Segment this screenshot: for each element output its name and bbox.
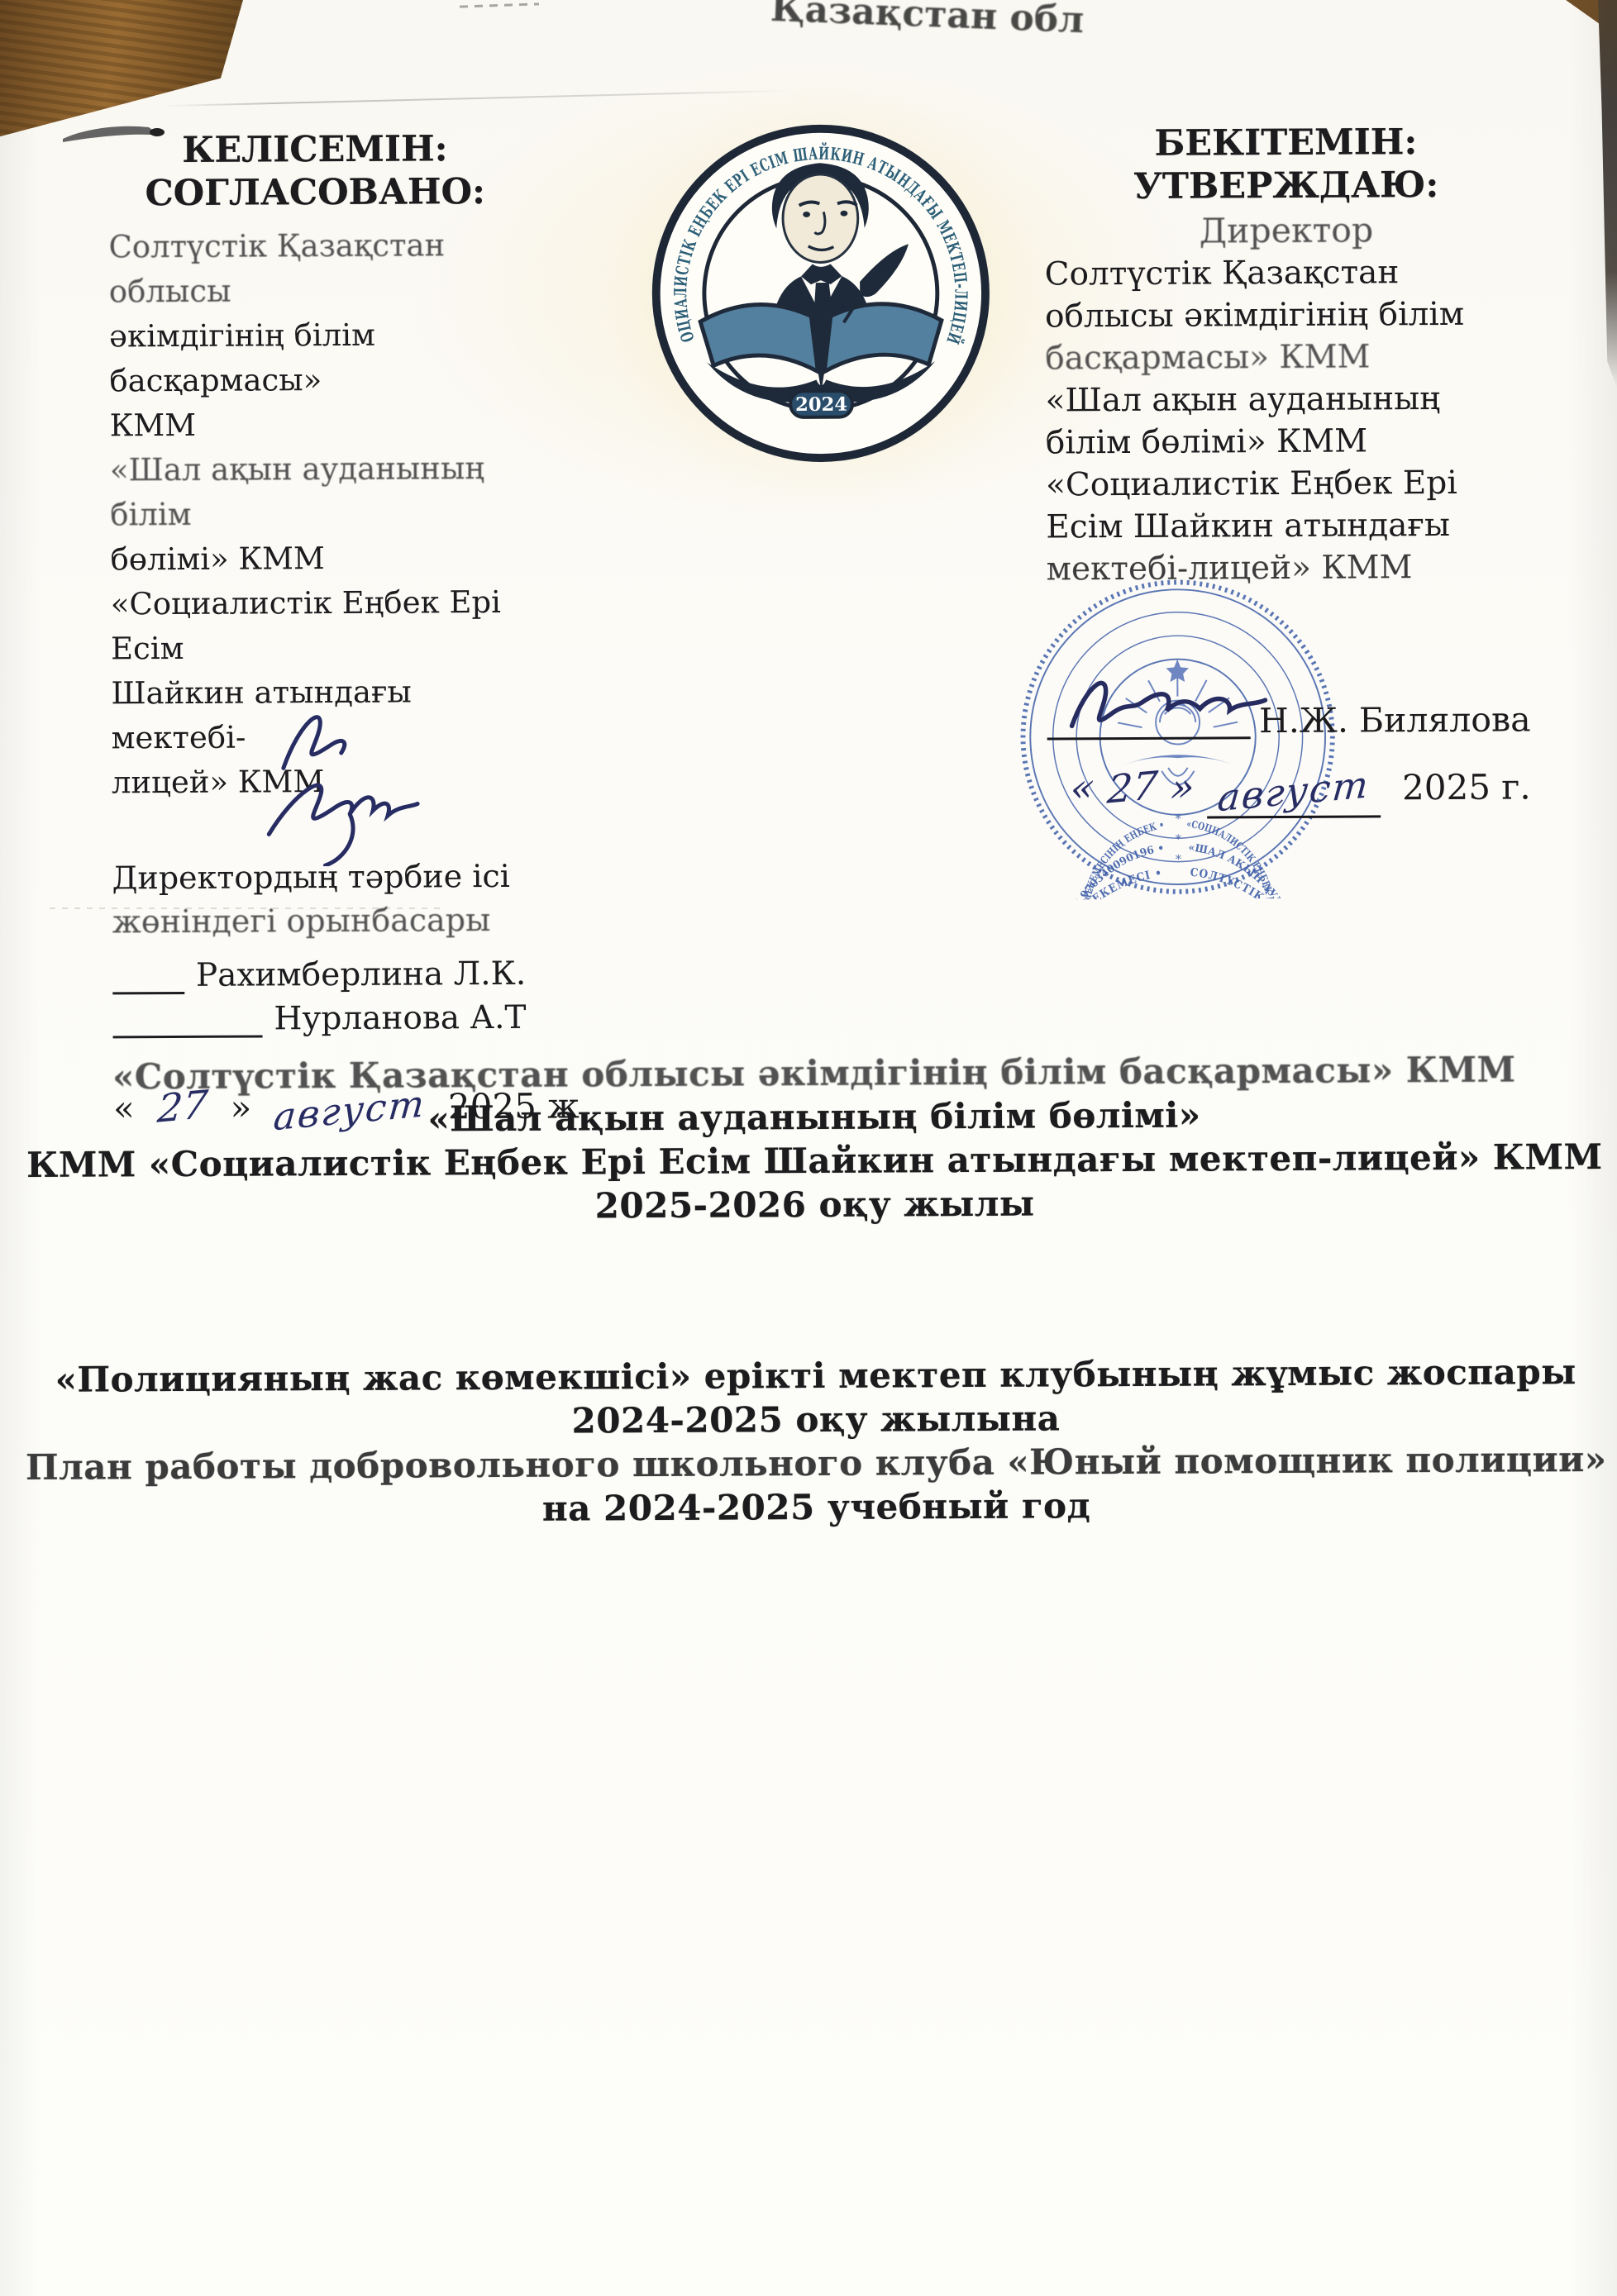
approval-heading-kk: БЕКІТЕМІН: xyxy=(1044,120,1528,165)
signature-line xyxy=(1047,700,1251,740)
title-line: «Полицияның жас көмекшісі» ерікті мектеп… xyxy=(7,1350,1617,1402)
org-line: КММ xyxy=(110,402,523,449)
logo-year: 2024 xyxy=(795,394,847,416)
org-line: басқармасы» КММ xyxy=(1045,335,1529,379)
handwritten-signature-left xyxy=(251,696,455,866)
title-line: КММ «Социалистік Еңбек Ері Есім Шайкин а… xyxy=(6,1135,1617,1187)
month-underline: август xyxy=(1207,765,1381,818)
signer-name: Рахимберлина Л.К. xyxy=(196,956,527,994)
org-line: білім бөлімі» КММ xyxy=(1046,419,1529,464)
org-line: Солтүстік Қазақстан облысы xyxy=(108,223,522,315)
org-line: Есім Шайкин атындағы xyxy=(1046,503,1529,548)
signer-position-left: Директордың тәрбие ісі жөніндегі орынбас… xyxy=(112,855,526,945)
svg-text:*: * xyxy=(1176,853,1182,867)
signature-row: Н.Ж. Билялова xyxy=(1047,698,1530,740)
org-line: облысы әкімдігінің білім xyxy=(1045,293,1529,337)
title-line: «Солтүстік Қазақстан облысы әкімдігінің … xyxy=(6,1047,1617,1099)
approval-block-right: БЕКІТЕМІН: УТВЕРЖДАЮ: Директор Солтүстік… xyxy=(1044,120,1532,957)
handwritten-quote-open: « xyxy=(1069,765,1097,812)
approval-heading-ru: УТВЕРЖДАЮ: xyxy=(1044,163,1528,208)
document-main-title: «Полицияның жас көмекшісі» ерікті мектеп… xyxy=(7,1350,1617,1533)
scanned-document-page: Қазақстан обл КЕЛІСЕМІН: СОГЛАСОВАНО: Со… xyxy=(0,0,1617,2296)
handwritten-quote-close: » xyxy=(1168,764,1196,811)
handwritten-month: август xyxy=(1216,763,1371,821)
title-line: План работы добровольного школьного клуб… xyxy=(7,1437,1617,1489)
organization-name-right: Солтүстік Қазақстан облысы әкімдігінің б… xyxy=(1045,250,1530,590)
date-line-right: «27» август 2025 г. xyxy=(1071,763,1531,819)
signer-name: Нурланова А.Т xyxy=(274,1000,526,1038)
signature-line xyxy=(112,955,184,994)
agreement-heading-ru: СОГЛАСОВАНО: xyxy=(108,170,522,216)
signature-row: Рахимберлина Л.К. xyxy=(112,954,526,995)
org-line: «Социалистік Еңбек Ері xyxy=(1046,461,1529,506)
org-line: бөлімі» КММ xyxy=(110,536,523,583)
org-line: Солтүстік Қазақстан xyxy=(1045,250,1529,295)
org-line: «Шал ақын ауданының білім xyxy=(110,446,524,538)
signer-position-right: Директор xyxy=(1044,207,1528,253)
agreement-block-left: КЕЛІСЕМІН: СОГЛАСОВАНО: Солтүстік Қазақс… xyxy=(108,127,527,1131)
org-line: «Шал ақын ауданының xyxy=(1045,377,1529,422)
svg-text:СОЛТҮСТІК ҚАЗАҚСТАН ОБЛЫСЫ ӘКІ: СОЛТҮСТІК ҚАЗАҚСТАН ОБЛЫСЫ ӘКІМДІГІНІҢ Б… xyxy=(1030,865,1328,900)
title-line: 2025-2026 оқу жылы xyxy=(7,1179,1617,1231)
org-line: әкімдігінің білім басқармасы» xyxy=(109,312,523,404)
school-logo: СОЦИАЛИСТІК ЕҢБЕК ЕРІ ЕСІМ ШАЙКИН АТЫНДА… xyxy=(649,121,993,465)
title-line: на 2024-2025 учебный год xyxy=(7,1481,1617,1533)
agreement-heading-kk: КЕЛІСЕМІН: xyxy=(108,127,522,173)
handwritten-day: 27 xyxy=(1105,763,1159,812)
signer-name: Н.Ж. Билялова xyxy=(1259,701,1531,739)
position-line: жөніндегі орынбасары xyxy=(112,898,526,945)
document-content: КЕЛІСЕМІН: СОГЛАСОВАНО: Солтүстік Қазақс… xyxy=(0,0,1617,2296)
date-year: 2025 г. xyxy=(1402,766,1531,807)
signature-row: Нурланова А.Т xyxy=(112,998,526,1039)
signature-line xyxy=(112,998,262,1038)
svg-text:*: * xyxy=(1176,832,1182,846)
document-organization-title: «Солтүстік Қазақстан облысы әкімдігінің … xyxy=(6,1047,1617,1231)
stamp-ring1-text: СОЛТҮСТІК ҚАЗАҚСТАН ОБЛЫСЫ ӘКІМДІГІНІҢ Б… xyxy=(1030,865,1328,900)
stamp-separators: * * * xyxy=(1175,812,1181,867)
org-line: «Социалистік Еңбек Ері Есім xyxy=(111,580,525,672)
